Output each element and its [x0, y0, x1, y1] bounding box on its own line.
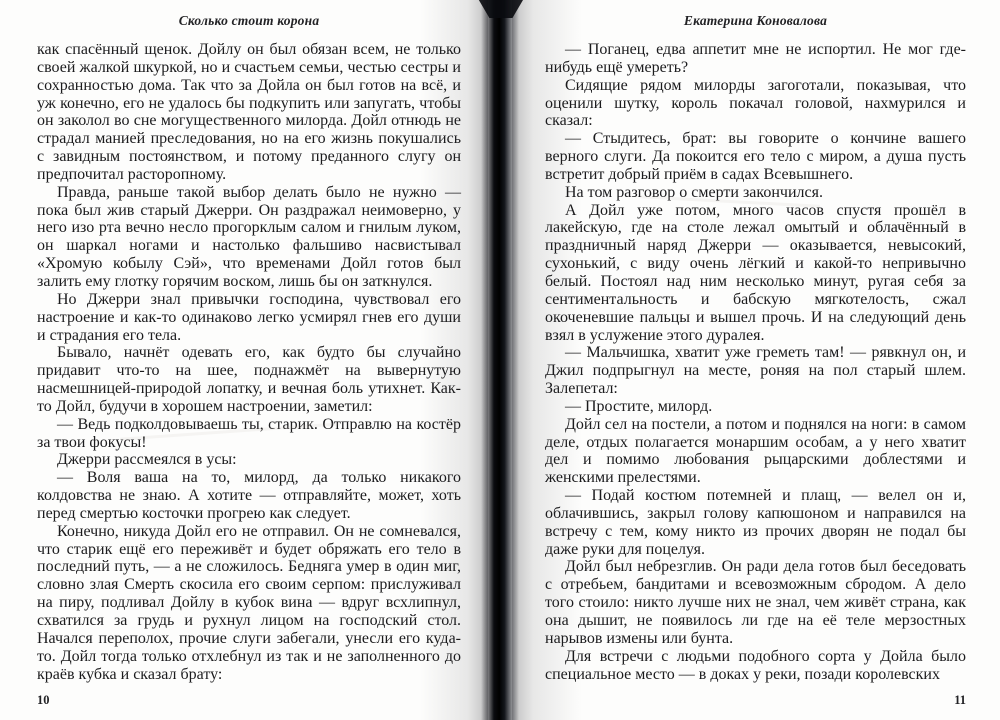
paragraph: Сидящие рядом милорды загоготали, показы… — [545, 77, 966, 131]
paragraph: Бывало, начнёт одевать его, как будто бы… — [37, 344, 461, 415]
paragraph: На том разговор о смерти закончился. — [545, 184, 966, 202]
paragraph: — Поганец, едва аппетит мне не испортил.… — [545, 41, 966, 77]
paragraph: Но Джерри знал привычки господина, чувст… — [37, 291, 461, 345]
book-spread: Сколько стоит корона как спасённый щенок… — [0, 0, 1000, 720]
paragraph: — Мальчишка, хватит уже греметь там! — р… — [545, 344, 966, 398]
paragraph: Джерри рассмеялся в усы: — [37, 451, 461, 469]
paragraph: Правда, раньше такой выбор делать было н… — [37, 184, 461, 291]
page-number-right: 11 — [954, 693, 966, 708]
page-left: Сколько стоит корона как спасённый щенок… — [37, 0, 461, 720]
running-head-left: Сколько стоит корона — [37, 13, 461, 29]
book-spine-gutter — [481, 0, 519, 720]
paragraph: — Воля ваша на то, милорд, да только ник… — [37, 469, 461, 523]
paragraph: — Стыдитесь, брат: вы говорите о кончине… — [545, 130, 966, 184]
paragraph: — Простите, милорд. — [545, 398, 966, 416]
running-head-right: Екатерина Коновалова — [545, 13, 966, 29]
paragraph: как спасённый щенок. Дойлу он был обязан… — [37, 41, 461, 184]
page-right: Екатерина Коновалова — Поганец, едва апп… — [545, 0, 966, 720]
paragraph: Для встречи с людьми подобного сорта у Д… — [545, 648, 966, 684]
paragraph: Конечно, никуда Дойл его не отправил. Он… — [37, 523, 461, 684]
paragraph: — Ведь подколдовываешь ты, старик. Отпра… — [37, 416, 461, 452]
paragraph: А Дойл уже потом, много часов спустя про… — [545, 202, 966, 345]
paragraph: Дойл сел на постели, а потом и поднялся … — [545, 416, 966, 487]
paragraph: Дойл был небрезглив. Он ради дела готов … — [545, 558, 966, 647]
text-block-left: как спасённый щенок. Дойлу он был обязан… — [37, 41, 461, 683]
paragraph: — Подай костюм потемней и плащ, — велел … — [545, 487, 966, 558]
text-block-right: — Поганец, едва аппетит мне не испортил.… — [545, 41, 966, 683]
page-number-left: 10 — [37, 693, 50, 708]
